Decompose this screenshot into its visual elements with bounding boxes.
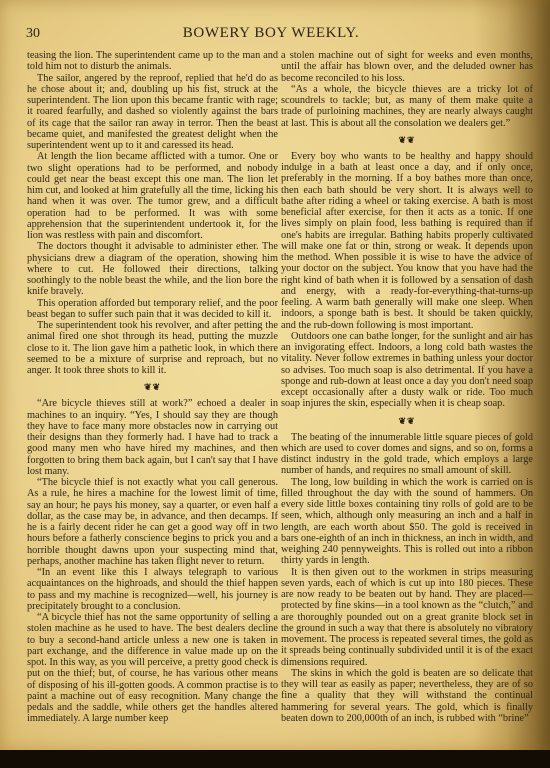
paragraph: a stolen machine out of sight for weeks … bbox=[281, 50, 533, 84]
paragraph: “A bicycle thief has not the same opport… bbox=[27, 612, 278, 725]
paragraph: Outdoors one can bathe longer, for the s… bbox=[281, 331, 533, 410]
paragraph: Every boy who wants to be healthy and ha… bbox=[281, 151, 533, 331]
right-column: a stolen machine out of sight for weeks … bbox=[281, 50, 533, 724]
section-divider-ornament-icon: ❦❦ bbox=[27, 376, 278, 398]
paragraph: The skins in which the gold is beaten ar… bbox=[281, 668, 533, 724]
paragraph: It is then given out to the workmen in s… bbox=[281, 567, 533, 668]
magazine-page: 30 BOWERY BOY WEEKLY. teasing the lion. … bbox=[0, 0, 550, 752]
paragraph: The beating of the innumerable little sq… bbox=[281, 432, 533, 477]
left-column: teasing the lion. The superintendent cam… bbox=[27, 50, 278, 725]
paragraph: “In an event like this I always telegrap… bbox=[27, 567, 278, 612]
section-divider-ornament-icon: ❦❦ bbox=[281, 129, 533, 151]
paragraph: At length the lion became afflicted with… bbox=[27, 151, 278, 241]
running-title: BOWERY BOY WEEKLY. bbox=[26, 25, 516, 42]
paragraph: “Are bicycle thieves still at work?” ech… bbox=[27, 398, 278, 477]
paragraph: “The bicycle thief is not exactly what y… bbox=[27, 477, 278, 567]
paragraph: The long, low building in which the work… bbox=[281, 477, 533, 567]
paragraph: The doctors thought it advisable to admi… bbox=[27, 241, 278, 297]
paragraph: teasing the lion. The superintendent cam… bbox=[27, 50, 278, 73]
page-header: 30 BOWERY BOY WEEKLY. bbox=[26, 24, 516, 44]
paragraph: The superintendent took his revolver, an… bbox=[27, 320, 278, 376]
paragraph: This operation afforded but temporary re… bbox=[27, 298, 278, 321]
paragraph: “As a whole, the bicycle thieves are a t… bbox=[281, 84, 533, 129]
paragraph: The sailor, angered by the reproof, repl… bbox=[27, 73, 278, 152]
page-bottom-edge bbox=[0, 750, 550, 768]
section-divider-ornament-icon: ❦❦ bbox=[281, 410, 533, 432]
